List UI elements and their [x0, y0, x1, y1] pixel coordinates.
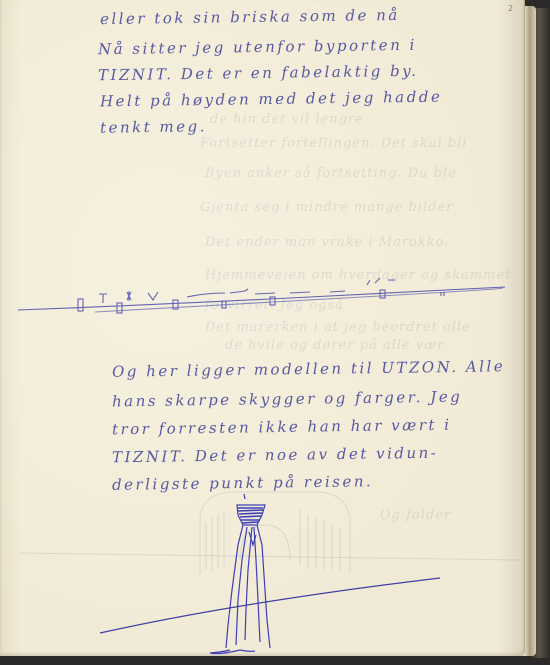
handwritten-line: TIZNIT. Det er en fabelaktig by. [98, 62, 419, 84]
handwritten-line: Nå sitter jeg utenfor byporten i [98, 36, 417, 58]
handwritten-line: tror forresten ikke han har vært i [112, 416, 452, 439]
bleed-through-line: Det ender man vrake i Marokko. [205, 235, 449, 250]
handwritten-line: eller tok sin briska som de nå [100, 6, 400, 28]
handwritten-line: Og her ligger modellen til UTZON. Alle [112, 357, 505, 380]
bleed-through-line: Hjemmeveien om hverdager og skammet [205, 268, 511, 283]
notebook-scan: 2 de hin det vil lengre Fortsetter forte… [0, 0, 550, 665]
bleed-through-line: de hin det vil lengre [210, 112, 364, 127]
handwritten-line: TIZNIT. Det er noe av det vidun- [112, 444, 439, 467]
bleed-through-line: Gjenta seg i mindre mange bilder [200, 200, 453, 215]
bleed-through-arch-sketch [20, 492, 520, 575]
handwritten-line: tenkt meg. [100, 117, 207, 136]
bleed-through-line: Det marerken i at jeg beordret alle [205, 320, 471, 335]
bleed-through-line: Byen anker så fortsetting. Du ble [205, 166, 457, 181]
notebook-page: 2 de hin det vil lengre Fortsetter forte… [0, 0, 525, 656]
handwritten-line: derligste punkt på reisen. [112, 472, 373, 494]
bleed-through-line: forvirret. Jeg også [205, 298, 344, 313]
bleed-through-line: Og folder [380, 508, 451, 523]
bleed-through-line: de hvile og dører på alle vær [225, 338, 445, 353]
ground-line [100, 578, 440, 633]
robed-figure-sketch [210, 494, 270, 654]
bleed-through-line: Fortsetter fortellingen. Det skal bli [200, 136, 467, 151]
handwritten-line: Helt på høyden med det jeg hadde [100, 88, 442, 111]
page-number: 2 [508, 4, 513, 13]
handwritten-line: hans skarpe skygger og farger. Jeg [112, 388, 462, 411]
